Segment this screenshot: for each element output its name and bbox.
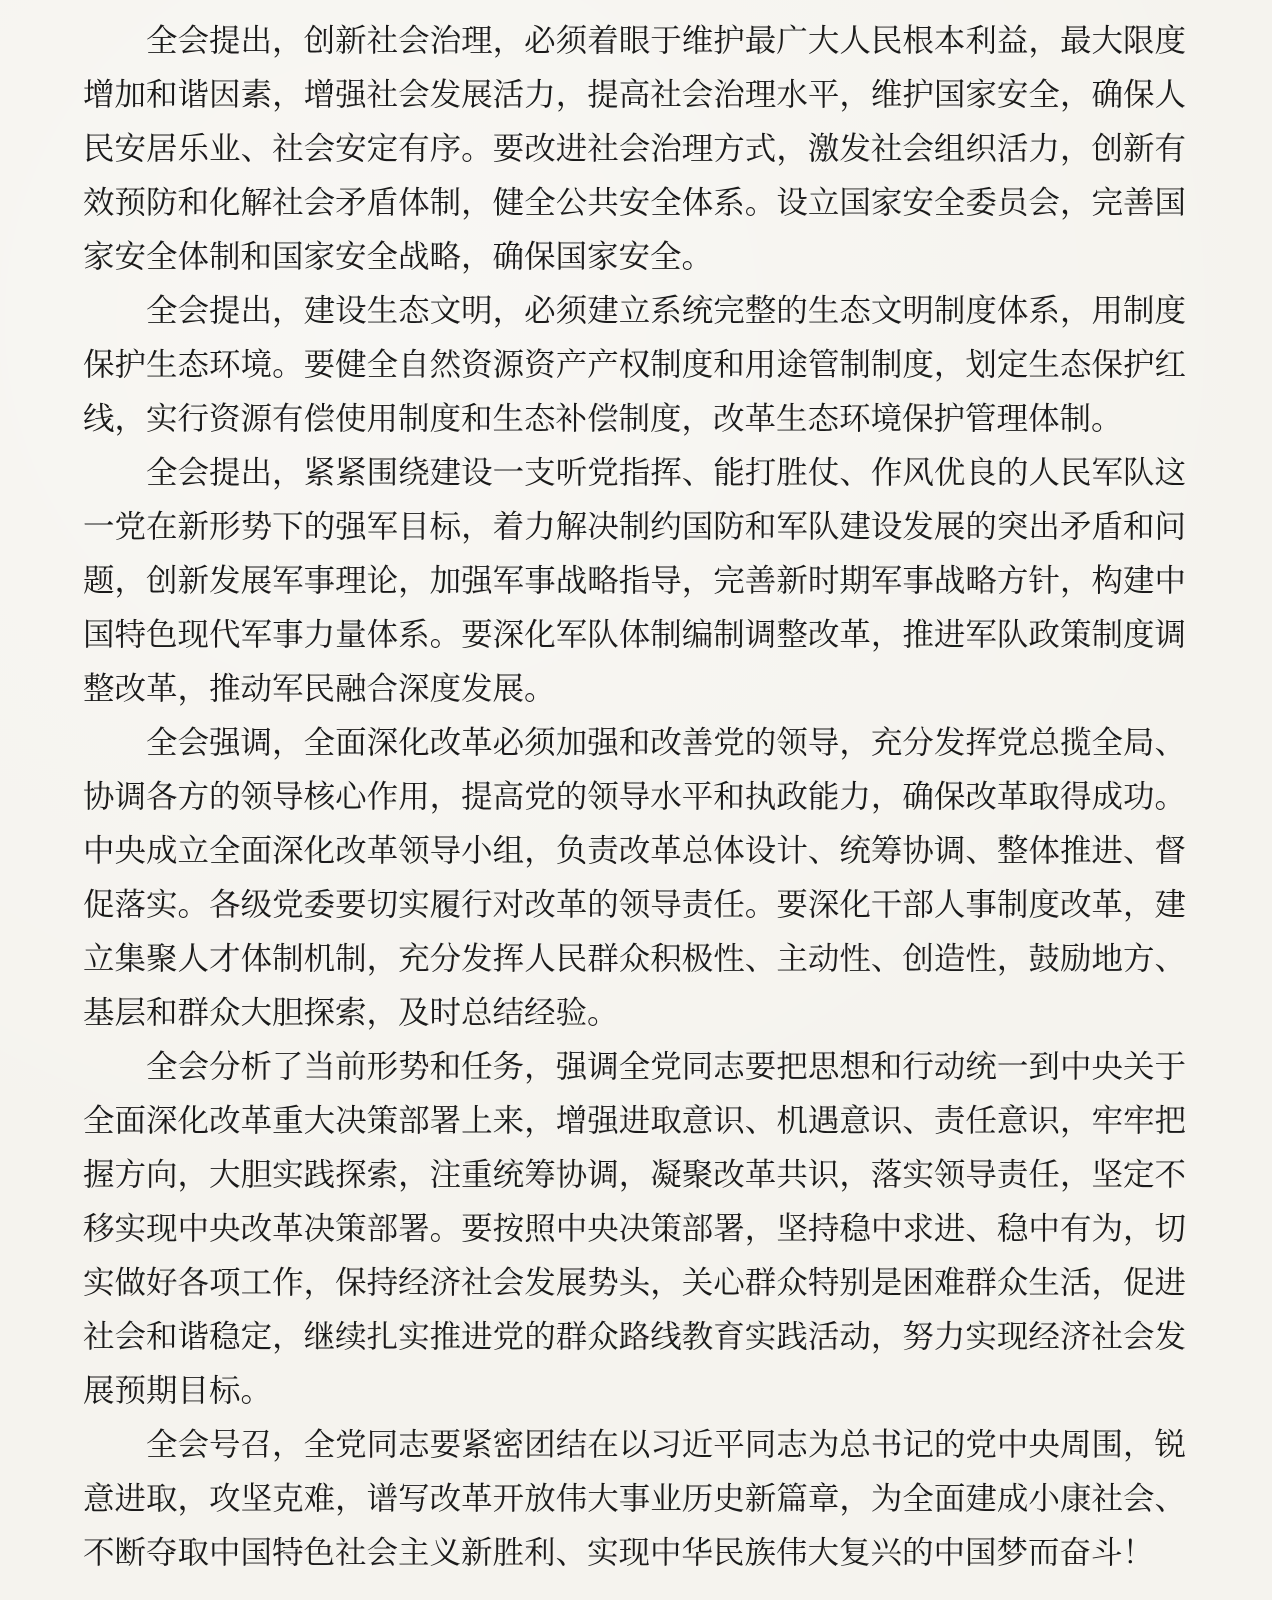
paragraph-current-situation: 全会分析了当前形势和任务，强调全党同志要把思想和行动统一到中央关于全面深化改革重…: [83, 1039, 1186, 1417]
paragraph-social-governance: 全会提出，创新社会治理，必须着眼于维护最广大人民根本利益，最大限度增加和谐因素，…: [83, 13, 1186, 283]
paragraph-ecological-civilization: 全会提出，建设生态文明，必须建立系统完整的生态文明制度体系，用制度保护生态环境。…: [83, 283, 1186, 445]
document-page: 全会提出，创新社会治理，必须着眼于维护最广大人民根本利益，最大限度增加和谐因素，…: [0, 0, 1272, 1600]
paragraph-military-reform: 全会提出，紧紧围绕建设一支听党指挥、能打胜仗、作风优良的人民军队这一党在新形势下…: [83, 445, 1186, 715]
paragraph-call-to-action: 全会号召，全党同志要紧密团结在以习近平同志为总书记的党中央周围，锐意进取，攻坚克…: [83, 1417, 1186, 1579]
paragraph-party-leadership: 全会强调，全面深化改革必须加强和改善党的领导，充分发挥党总揽全局、协调各方的领导…: [83, 715, 1186, 1039]
